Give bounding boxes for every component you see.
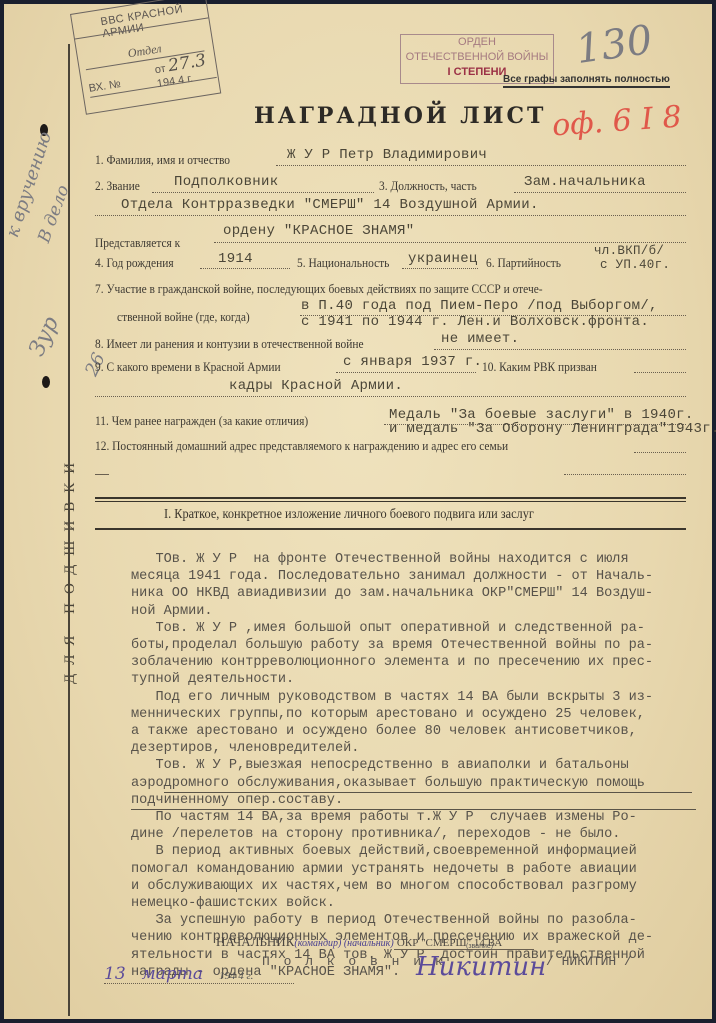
stamp-date: от 27.3 194 4 г. [153,49,218,90]
narrative-line: ТОв. Ж У Р на фронте Отечественной войны… [131,551,629,568]
field-1-label: 1. Фамилия, имя и отчество [95,152,230,168]
margin-note-3: Зур [24,313,64,360]
document-title: НАГРАДНОЙ ЛИСТ [254,103,546,129]
field-3-value-cont: Отдела Контрразведки "СМЕРШ" 14 Воздушно… [121,197,539,213]
field-8-value: не имеет. [441,331,519,347]
registration-stamp: ВВС КРАСНОЙ АРМИИ Отдел ВХ. № от 27.3 19… [70,0,221,115]
presented-label: Представляется к [95,235,180,251]
signature: Никитин [416,952,546,982]
narrative-line: и обслуживающих их частях,чем во многом … [131,878,637,895]
narrative-line: Под его личным руководством в частях 14 … [131,689,653,706]
field-5-label: 5. Национальность [297,255,389,271]
field-9-label: 9. С какого времени в Красной Армии [95,359,281,375]
field-7-label-line1: 7. Участие в гражданской войне, последую… [95,281,543,297]
narrative-line: дине /перелетов на сторону противника/, … [131,826,620,843]
field-12-label: 12. Постоянный домашний адрес представля… [95,438,508,454]
section-rule-bottom [95,528,686,530]
narrative-line: ника ОО НКВД авиадивизии до зам.начальни… [131,585,653,602]
narrative-line: аэродромного обслуживания,оказывает боль… [131,775,645,792]
award-sheet-paper: ДЛЯ ПОДШИВКИ к вручению В дело Зур 26 ВВ… [4,4,712,1019]
field-9-value: с января 1937 г. [343,354,482,370]
narrative-line: Тов. Ж У Р ,имея большой опыт оперативно… [131,620,645,637]
field-3-label: 3. Должность, часть [379,178,477,194]
field-6-value-line2: с УП.40г. [600,258,670,272]
narrative-line: Тов. Ж У Р,выезжая непосредственно в ави… [131,757,629,774]
field-11-label: 11. Чем ранее награжден (за какие отличи… [95,413,308,429]
red-annotation: оф. 6 I 8 [551,100,683,144]
narrative-line: боты,проделал большую работу за время От… [131,637,653,654]
handwritten-number: 130 [573,17,655,73]
signature-date: 13 марта 194 4 г. [104,964,253,984]
field-7-label-line2: ственной войне (где, когда) [117,309,250,325]
field-6-label: 6. Партийность [486,255,561,271]
binding-label: ДЛЯ ПОДШИВКИ [62,454,79,684]
field-10-value: кадры Красной Армии. [229,378,403,394]
field-6-value-line1: чл.ВКП/б/ [594,244,664,258]
signature-position: НАЧАЛЬНИК(командир) (начальник) ОКР "СМЕ… [216,934,502,950]
narrative-line: тупной деятельности. [131,671,294,688]
field-8-label: 8. Имеет ли ранения и контузии в отечест… [95,336,364,352]
presented-value: ордену "КРАСНОЕ ЗНАМЯ" [223,223,414,239]
narrative-line: За успешную работу в период Отечественно… [131,912,637,929]
field-5-value: украинец [408,251,478,267]
rank-caption: (звание) [466,943,493,950]
field-7-value-line2: с 1941 по 1944 г. Лен.и Волховск.фронта. [301,314,649,330]
narrative-line: ной Армии. [131,603,213,620]
narrative-line: По частям 14 ВА,за время работы т.Ж У Р … [131,809,637,826]
field-2-label: 2. Звание [95,178,140,194]
narrative-line: подчиненному опер.составу. [131,792,343,809]
punch-hole [42,376,50,388]
field-4-label: 4. Год рождения [95,255,174,271]
section-rule-top [95,497,686,499]
narrative-line: немецко-фашистских войск. [131,895,335,912]
narrative-line: помогал командованию армии устранять нед… [131,861,637,878]
field-4-value: 1914 [218,251,253,267]
section-heading: I. Краткое, конкретное изложение личного… [164,507,534,523]
narrative-underline-2 [131,809,696,810]
signer-name: / НИКИТИН / [546,954,632,969]
narrative-line: а также арестовано и осуждено более 80 ч… [131,723,637,740]
field-7-value-line1: в П.40 года под Пием-Перо /под Выборгом/… [301,298,658,314]
narrative-underline-1 [164,792,692,793]
narrative-line: меннических группы,по которым арестовано… [131,706,645,723]
narrative-line: зоблачению контрреволюционного элемента … [131,654,653,671]
field-1-value: Ж У Р Петр Владимирович [287,147,487,163]
narrative-line: В период активных боевых действий,своевр… [131,843,637,860]
section-rule-top-thin [95,501,686,502]
narrative-line: дезертиров, членовредителей. [131,740,359,757]
field-10-label: 10. Каким РВК призван [482,359,597,375]
narrative-line: месяца 1941 года. Последовательно занима… [131,568,653,585]
field-3-value: Зам.начальника [524,174,646,190]
instruction-text: Все графы заполнять полностью [503,74,670,88]
field-2-value: Подполковник [174,174,278,190]
